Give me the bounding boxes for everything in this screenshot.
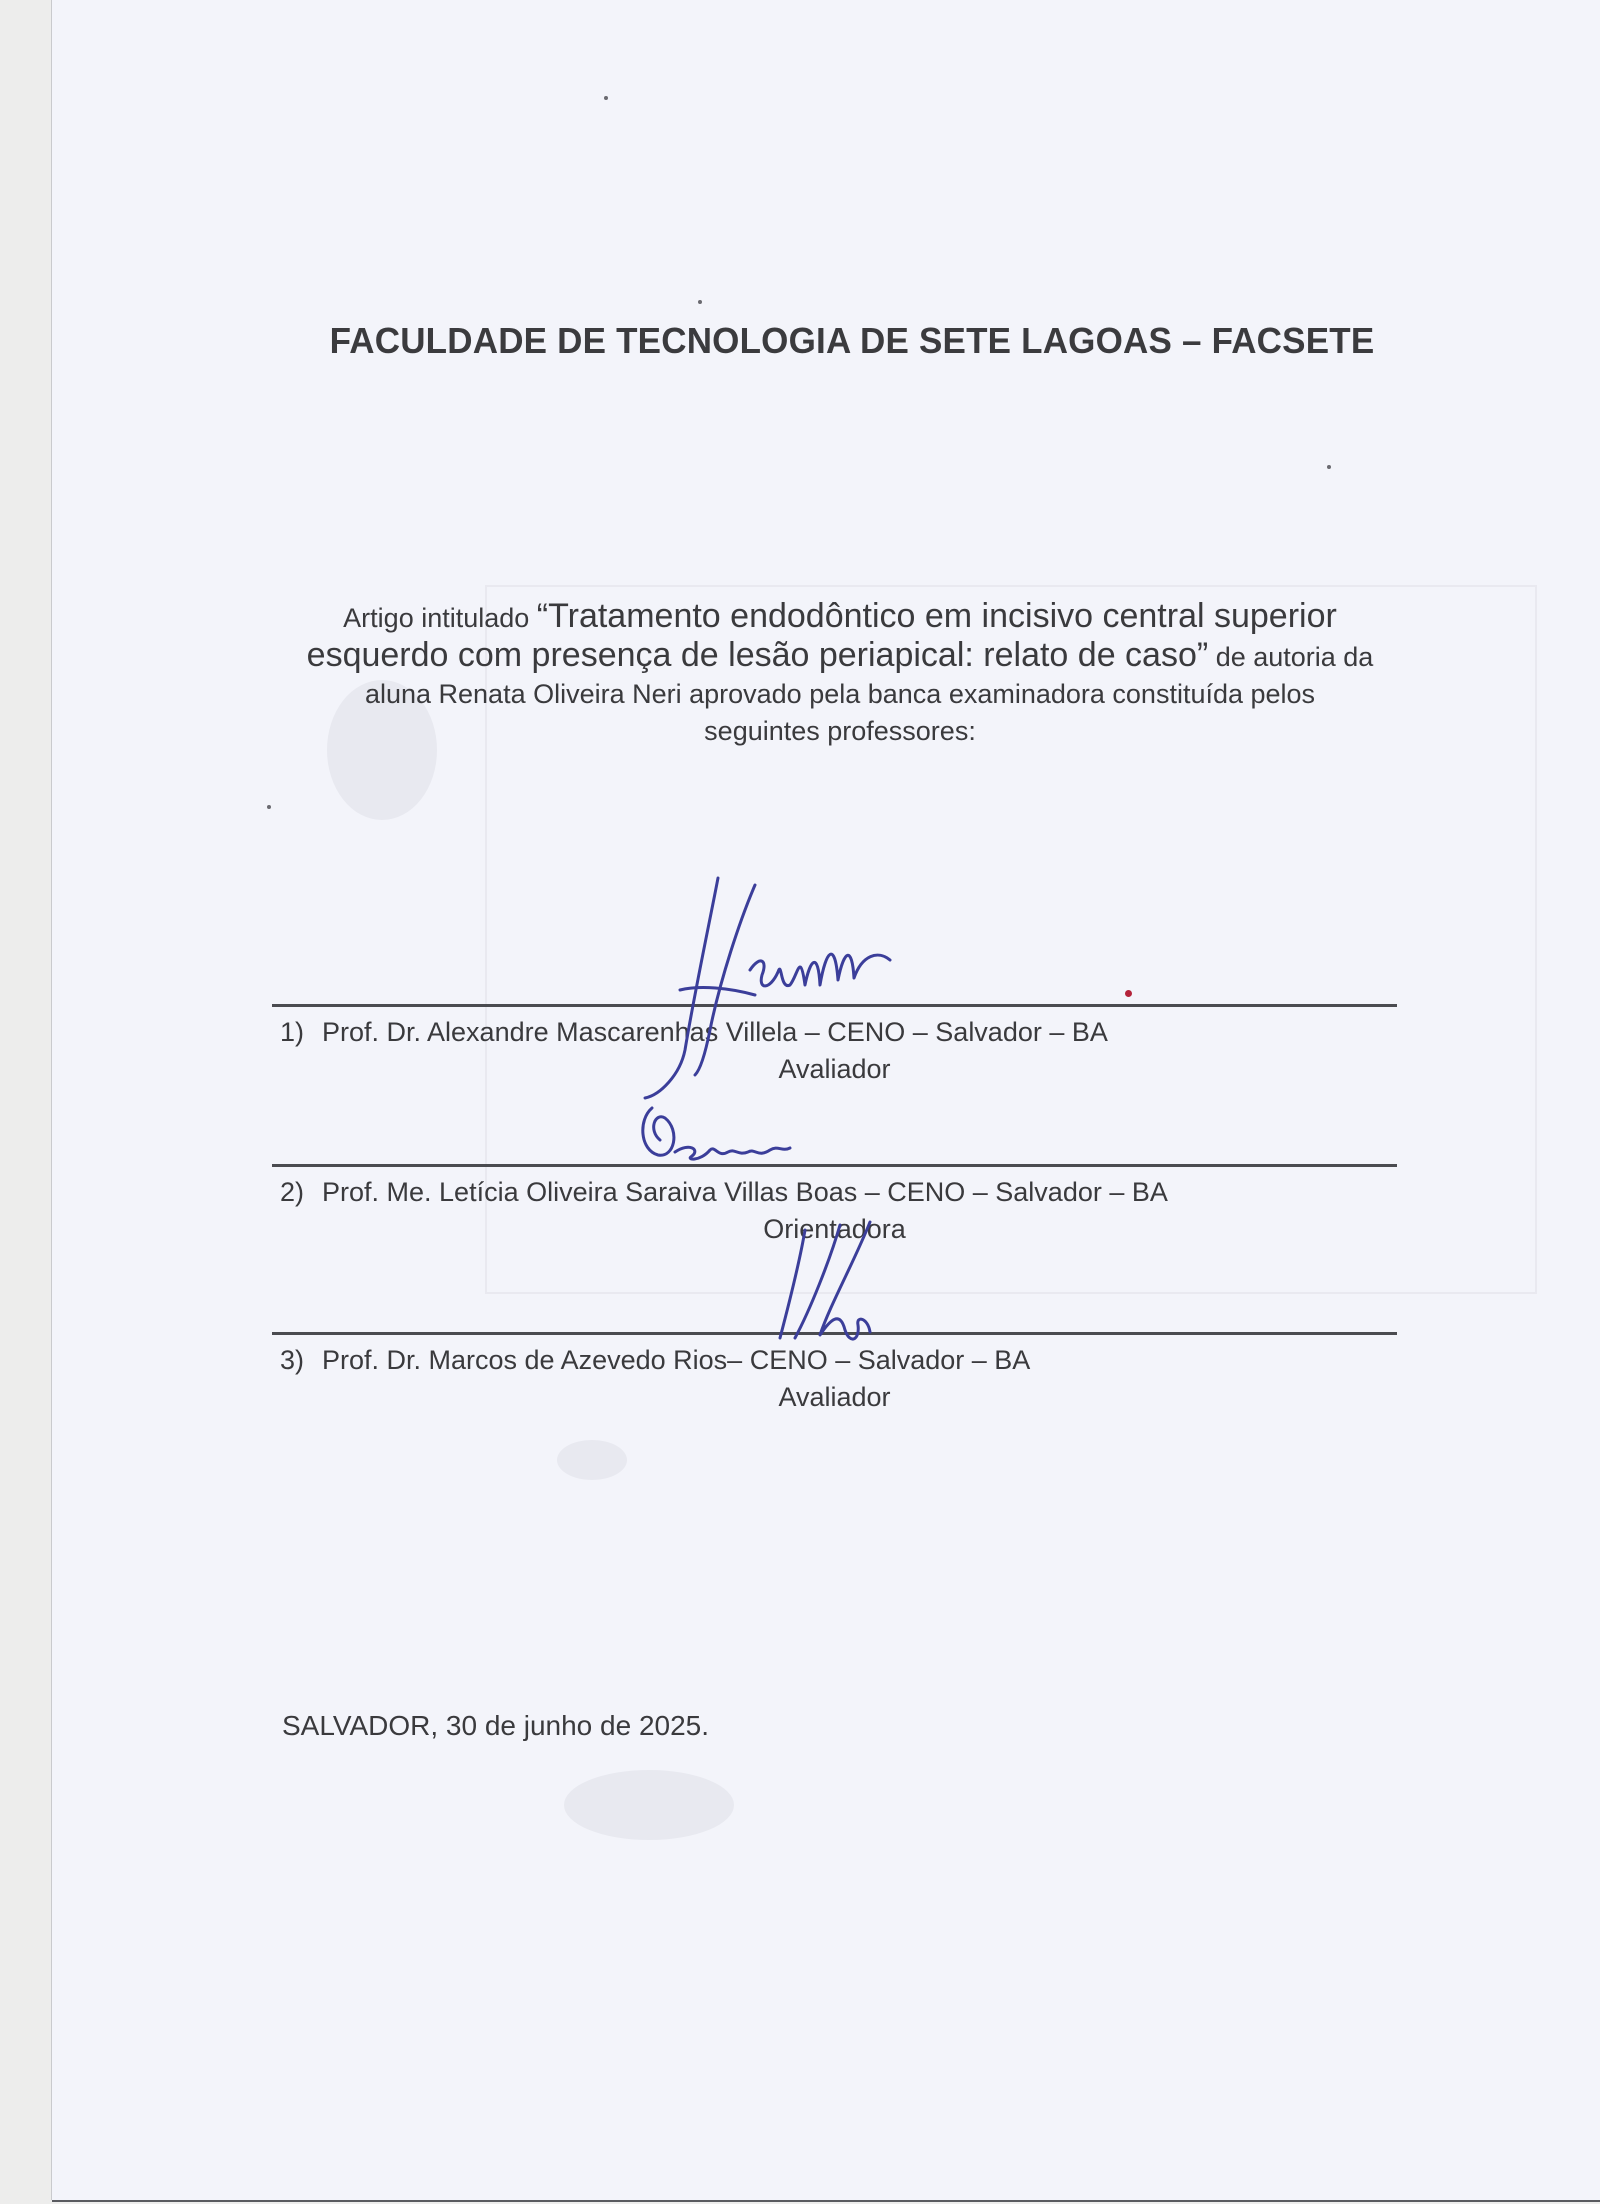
member-role: Avaliador (272, 1382, 1397, 1413)
approval-line-3: aluna Renata Oliveira Neri aprovado pela… (240, 676, 1440, 713)
member-name: Prof. Dr. Marcos de Azevedo Rios– CENO –… (322, 1345, 1030, 1375)
member-name: Prof. Dr. Alexandre Mascarenhas Villela … (322, 1017, 1108, 1047)
signature-line (272, 1004, 1397, 1007)
article-title-line-1: Tratamento endodôntico em incisivo centr… (548, 597, 1337, 635)
member-number: 2) (280, 1177, 322, 1208)
approval-statement: Artigo intitulado “Tratamento endodôntic… (240, 598, 1440, 750)
committee-member-2: 2)Prof. Me. Letícia Oliveira Saraiva Vil… (272, 1164, 1397, 1245)
paper-speck (604, 96, 608, 100)
approval-line-2: esquerdo com presença de lesão periapica… (240, 637, 1440, 676)
paper-speck (1327, 465, 1331, 469)
authorship-text: de autoria da (1208, 642, 1373, 672)
place-and-date: SALVADOR, 30 de junho de 2025. (282, 1710, 709, 1742)
close-quote: ” (1197, 636, 1208, 674)
institution-heading: FACULDADE DE TECNOLOGIA DE SETE LAGOAS –… (52, 322, 1600, 363)
member-role: Avaliador (272, 1054, 1397, 1085)
approval-line-4: seguintes professores: (240, 713, 1440, 750)
paper-speck (698, 300, 702, 304)
open-quote: “ (537, 597, 548, 635)
ink-dot (1125, 990, 1132, 997)
approval-line-1: Artigo intitulado “Tratamento endodôntic… (240, 598, 1440, 637)
member-role: Orientadora (272, 1214, 1397, 1245)
signature-line (272, 1332, 1397, 1335)
committee-member-1: 1)Prof. Dr. Alexandre Mascarenhas Villel… (272, 1004, 1397, 1085)
member-number: 1) (280, 1017, 322, 1048)
paper-speck (267, 805, 271, 809)
paper-stain (564, 1770, 734, 1840)
member-name-line: 1)Prof. Dr. Alexandre Mascarenhas Villel… (272, 1017, 1397, 1048)
intro-prefix: Artigo intitulado (343, 603, 537, 633)
article-title-line-2: esquerdo com presença de lesão periapica… (307, 636, 1197, 674)
committee-member-3: 3)Prof. Dr. Marcos de Azevedo Rios– CENO… (272, 1332, 1397, 1413)
member-number: 3) (280, 1345, 322, 1376)
member-name-line: 3)Prof. Dr. Marcos de Azevedo Rios– CENO… (272, 1345, 1397, 1376)
paper-stain (557, 1440, 627, 1480)
member-name: Prof. Me. Letícia Oliveira Saraiva Villa… (322, 1177, 1168, 1207)
signature-line (272, 1164, 1397, 1167)
member-name-line: 2)Prof. Me. Letícia Oliveira Saraiva Vil… (272, 1177, 1397, 1208)
